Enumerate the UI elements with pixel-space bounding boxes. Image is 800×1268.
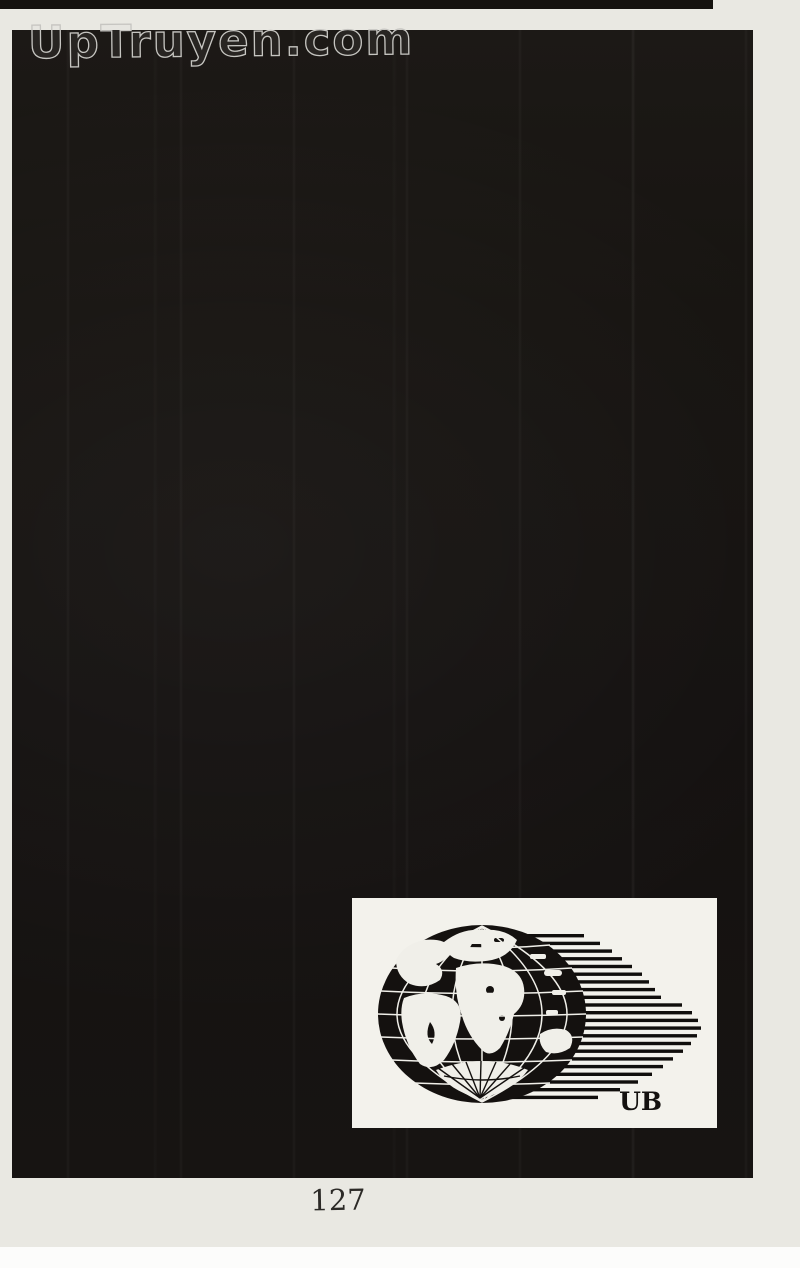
globe-with-speed-lines-icon: UB [352, 898, 717, 1128]
bottom-margin-strip [0, 1247, 800, 1268]
page-number: 127 [300, 1182, 377, 1217]
logo-mark: UB [619, 1087, 662, 1116]
scanned-manga-page: UpTruyen.com [0, 0, 800, 1268]
watermark: UpTruyen.com [28, 12, 415, 69]
top-ink-bar [0, 0, 713, 9]
publisher-logo-box: UB [352, 898, 717, 1128]
